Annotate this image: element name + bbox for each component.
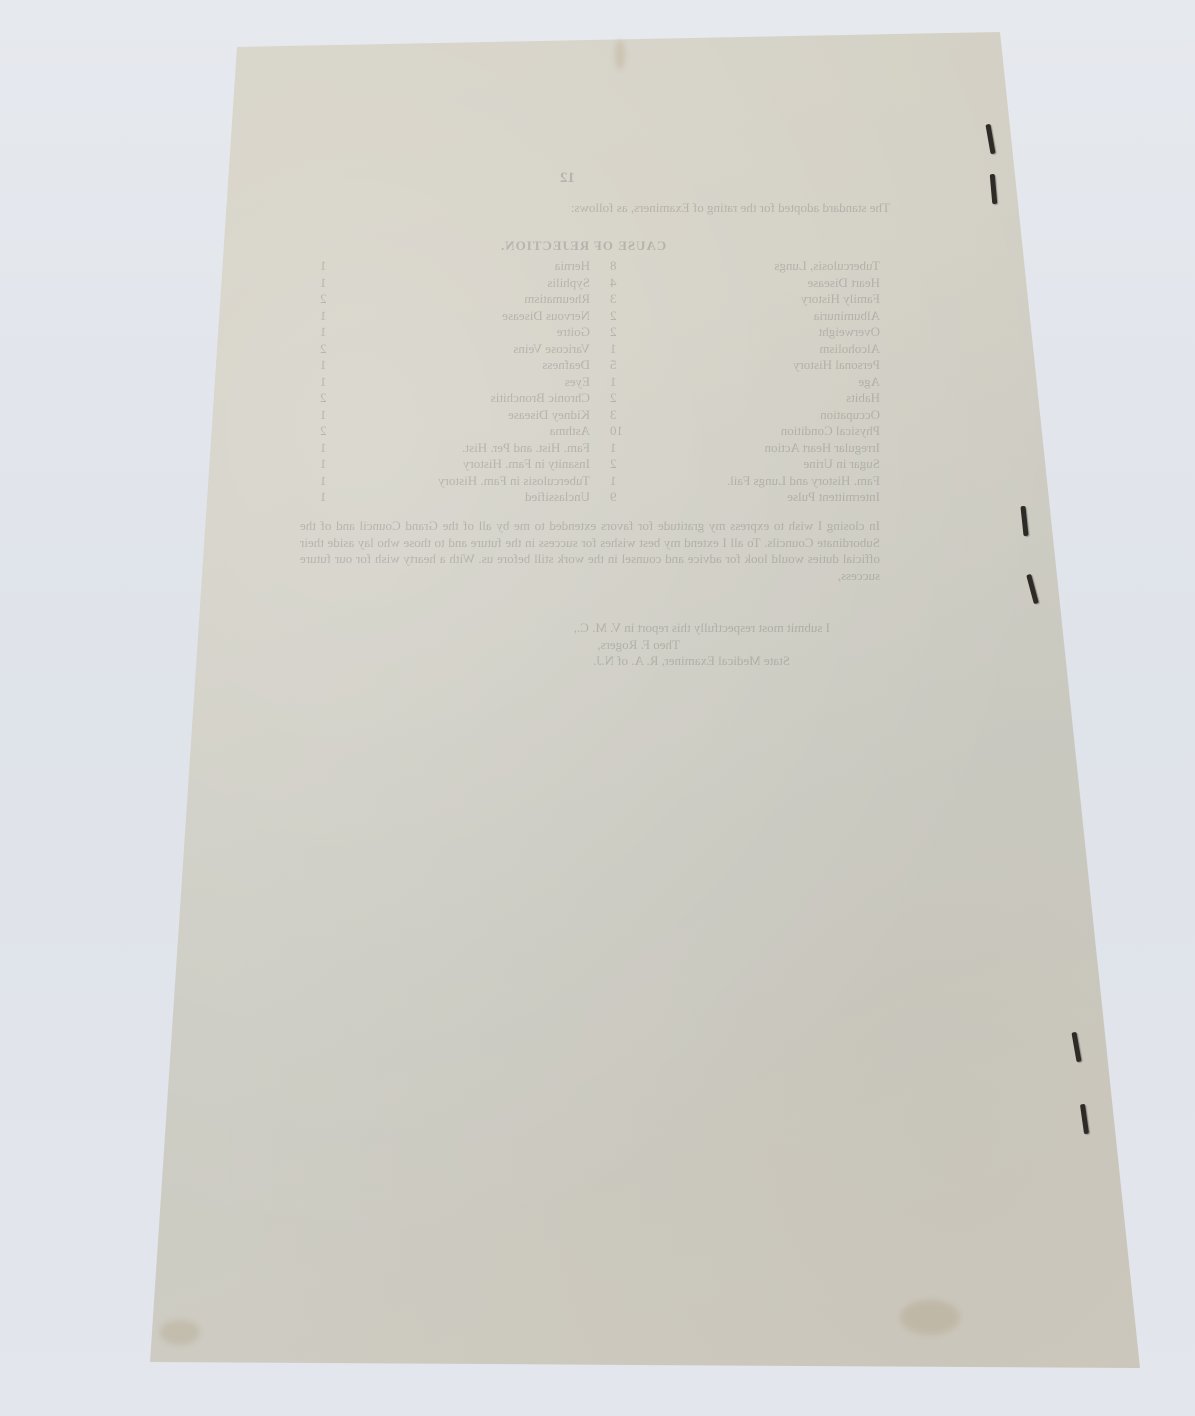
age-stain xyxy=(615,40,625,70)
row-label: Tuberculosis in Fam. History xyxy=(438,473,590,490)
row-label: Hernia xyxy=(555,258,590,275)
row-label: Alcoholism xyxy=(819,341,880,358)
row-count: 1 xyxy=(320,456,327,473)
row-label: Tuberculosis, Lungs xyxy=(774,258,880,275)
table-row: Physical Condition10 xyxy=(610,423,880,440)
row-count: 1 xyxy=(320,374,327,391)
row-count: 9 xyxy=(610,489,617,506)
row-count: 1 xyxy=(610,341,617,358)
table-row: Habits2 xyxy=(610,390,880,407)
table-row: Family History3 xyxy=(610,291,880,308)
row-label: Heart Disease xyxy=(807,275,880,292)
row-count: 1 xyxy=(320,308,327,325)
table-row: Kidney Disease1 xyxy=(320,407,590,424)
table-row: Intermittent Pulse9 xyxy=(610,489,880,506)
row-count: 10 xyxy=(610,423,623,440)
row-label: Asthma xyxy=(550,423,590,440)
row-count: 5 xyxy=(610,357,617,374)
row-label: Fam. History and Lungs Fail. xyxy=(727,473,880,490)
ghost-intro-text: The standard adopted for the rating of E… xyxy=(330,200,890,217)
ghost-heading: CAUSE OF REJECTION. xyxy=(500,238,666,255)
table-row: Syphilis1 xyxy=(320,275,590,292)
row-count: 2 xyxy=(610,324,617,341)
table-row: Age1 xyxy=(610,374,880,391)
row-label: Kidney Disease xyxy=(508,407,590,424)
row-count: 1 xyxy=(320,407,327,424)
ghost-signature-block: I submit most respectfully this report i… xyxy=(330,620,830,670)
row-label: Fam. Hist. and Per. Hist. xyxy=(462,440,590,457)
row-label: Nervous Disease xyxy=(502,308,590,325)
row-label: Occupation xyxy=(820,407,880,424)
row-label: Family History xyxy=(801,291,880,308)
row-label: Deafness xyxy=(542,357,590,374)
row-count: 1 xyxy=(610,440,617,457)
row-count: 1 xyxy=(320,275,327,292)
table-row: Chronic Bronchitis2 xyxy=(320,390,590,407)
ghost-submit-line: I submit most respectfully this report i… xyxy=(330,620,830,637)
row-label: Chronic Bronchitis xyxy=(491,390,590,407)
row-count: 3 xyxy=(610,407,617,424)
ghost-rejection-table: Tuberculosis, Lungs8Heart Disease4Family… xyxy=(320,258,880,506)
row-count: 2 xyxy=(320,423,327,440)
row-count: 4 xyxy=(610,275,617,292)
row-label: Overweight xyxy=(819,324,880,341)
ghost-signature-name: Theo F. Rogers, xyxy=(330,637,830,654)
row-label: Goitre xyxy=(557,324,590,341)
row-label: Personal History xyxy=(793,357,880,374)
row-label: Rheumatism xyxy=(524,291,590,308)
table-row: Rheumatism2 xyxy=(320,291,590,308)
table-row: Varicose Veins2 xyxy=(320,341,590,358)
table-row: Eyes1 xyxy=(320,374,590,391)
row-label: Intermittent Pulse xyxy=(787,489,880,506)
row-count: 1 xyxy=(320,258,327,275)
row-count: 1 xyxy=(320,489,327,506)
table-row: Sugar in Urine2 xyxy=(610,456,880,473)
row-count: 2 xyxy=(610,456,617,473)
table-row: Personal History5 xyxy=(610,357,880,374)
row-label: Insanity in Fam. History xyxy=(463,456,590,473)
table-row: Asthma2 xyxy=(320,423,590,440)
table-row: Deafness1 xyxy=(320,357,590,374)
row-label: Age xyxy=(858,374,880,391)
table-row: Unclassified1 xyxy=(320,489,590,506)
table-row: Overweight2 xyxy=(610,324,880,341)
row-label: Syphilis xyxy=(547,275,590,292)
ghost-table-left-column: Tuberculosis, Lungs8Heart Disease4Family… xyxy=(610,258,880,506)
row-label: Sugar in Urine xyxy=(803,456,880,473)
row-label: Eyes xyxy=(565,374,590,391)
row-label: Irregular Heart Action xyxy=(764,440,880,457)
age-stain xyxy=(160,1320,200,1345)
row-label: Unclassified xyxy=(525,489,590,506)
table-row: Occupation3 xyxy=(610,407,880,424)
row-label: Habits xyxy=(846,390,880,407)
row-count: 2 xyxy=(320,291,327,308)
row-count: 1 xyxy=(320,357,327,374)
row-count: 1 xyxy=(320,440,327,457)
row-count: 1 xyxy=(610,374,617,391)
row-count: 1 xyxy=(320,473,327,490)
table-row: Albuminuria2 xyxy=(610,308,880,325)
table-row: Hernia1 xyxy=(320,258,590,275)
ghost-page-number: 12 xyxy=(560,170,575,187)
table-row: Nervous Disease1 xyxy=(320,308,590,325)
row-label: Varicose Veins xyxy=(513,341,590,358)
table-row: Heart Disease4 xyxy=(610,275,880,292)
table-row: Alcoholism1 xyxy=(610,341,880,358)
table-row: Goitre1 xyxy=(320,324,590,341)
table-row: Tuberculosis in Fam. History1 xyxy=(320,473,590,490)
age-stain xyxy=(900,1300,960,1335)
ghost-closing-paragraph: In closing I wish to express my gratitud… xyxy=(300,518,880,584)
row-count: 2 xyxy=(610,308,617,325)
row-count: 2 xyxy=(320,341,327,358)
row-count: 2 xyxy=(320,390,327,407)
table-row: Tuberculosis, Lungs8 xyxy=(610,258,880,275)
row-count: 8 xyxy=(610,258,617,275)
row-count: 2 xyxy=(610,390,617,407)
ghost-signature-title: State Medical Examiner, R. A. of N.J. xyxy=(330,653,830,670)
table-row: Insanity in Fam. History1 xyxy=(320,456,590,473)
ghost-table-right-column: Hernia1Syphilis1Rheumatism2Nervous Disea… xyxy=(320,258,590,506)
table-row: Fam. Hist. and Per. Hist.1 xyxy=(320,440,590,457)
row-label: Physical Condition xyxy=(781,423,880,440)
row-label: Albuminuria xyxy=(814,308,880,325)
table-row: Irregular Heart Action1 xyxy=(610,440,880,457)
row-count: 3 xyxy=(610,291,617,308)
row-count: 1 xyxy=(320,324,327,341)
row-count: 1 xyxy=(610,473,617,490)
table-row: Fam. History and Lungs Fail.1 xyxy=(610,473,880,490)
